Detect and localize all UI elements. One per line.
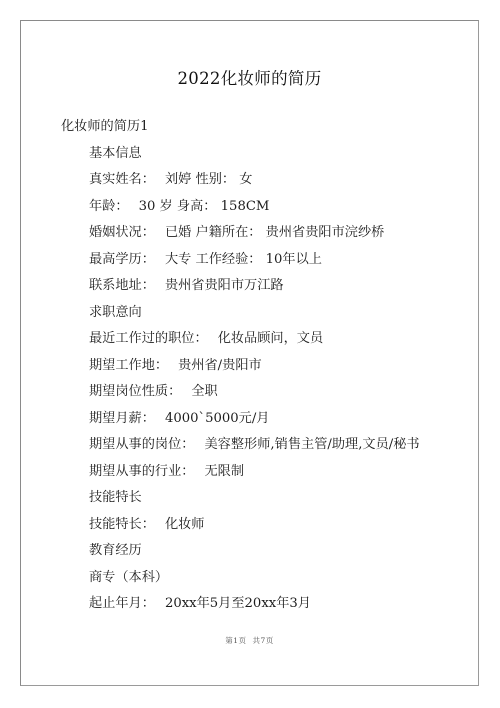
section-heading-skills: 技能特长 [89,488,142,508]
line-value: 30 岁 身高： 158CM [139,199,270,214]
line-label: 期望从事的岗位： [89,437,195,452]
line-label: 婚姻状况： [89,225,155,240]
line-label: 期望从事的行业： [89,464,195,479]
field-age-height: 年龄：30 岁 身高： 158CM [89,197,269,217]
line-label: 起止年月： [89,596,155,611]
line-label: 商专（本科） [89,570,168,585]
field-desired-salary: 期望月薪：4000`5000元/月 [89,409,269,429]
field-education-experience: 最高学历：大专 工作经验： 10年以上 [89,250,322,270]
line-value: 贵州省/贵阳市 [178,358,262,373]
line-label: 年龄： [89,199,129,214]
line-value: 无限制 [205,464,245,479]
field-skills: 技能特长：化妆师 [89,515,205,535]
field-desired-location: 期望工作地：贵州省/贵阳市 [89,356,262,376]
total-pages-label: 共7页 [253,636,274,645]
field-desired-positions: 期望从事的岗位：美容整形师,销售主管/助理,文员/秘书 [89,435,420,455]
field-name-gender: 真实姓名：刘婷 性别： 女 [89,170,252,190]
line-value: 化妆师 [165,517,205,532]
line-value: 化妆品顾问，文员 [218,331,324,346]
line-label: 联系地址： [89,278,155,293]
line-value: 全职 [191,384,217,399]
line-label: 技能特长 [89,490,142,505]
line-label: 真实姓名： [89,172,155,187]
field-address: 联系地址：贵州省贵阳市万江路 [89,276,284,296]
line-label: 教育经历 [89,543,142,558]
resume-heading: 化妆师的简历1 [61,117,149,137]
line-label: 期望月薪： [89,411,155,426]
document-title: 2022化妆师的简历 [21,65,478,89]
document-page: 2022化妆师的简历 化妆师的简历1 基本信息 真实姓名：刘婷 性别： 女 年龄… [20,20,479,686]
line-value: 贵州省贵阳市万江路 [165,278,284,293]
field-study-period: 起止年月：20xx年5月至20xx年3月 [89,594,311,614]
current-page-label: 第1页 [225,636,246,645]
section-heading-job-intention: 求职意向 [89,303,142,323]
field-desired-industry: 期望从事的行业：无限制 [89,462,244,482]
line-label: 化妆师的简历1 [61,119,149,134]
field-recent-position: 最近工作过的职位：化妆品顾问，文员 [89,329,323,349]
section-heading-basic-info: 基本信息 [89,144,142,164]
line-label: 最近工作过的职位： [89,331,208,346]
line-label: 期望岗位性质： [89,384,181,399]
page-footer: 第1页共7页 [21,635,478,646]
field-marital-hometown: 婚姻状况：已婚 户籍所在： 贵州省贵阳市浣纱桥 [89,223,384,243]
line-label: 求职意向 [89,305,142,320]
line-label: 技能特长： [89,517,155,532]
line-value: 4000`5000元/月 [165,411,270,426]
line-value: 刘婷 性别： 女 [165,172,253,187]
field-job-type: 期望岗位性质：全职 [89,382,218,402]
line-value: 大专 工作经验： 10年以上 [165,252,322,267]
line-value: 20xx年5月至20xx年3月 [165,596,311,611]
line-label: 最高学历： [89,252,155,267]
line-value: 美容整形师,销售主管/助理,文员/秘书 [205,437,420,452]
line-label: 期望工作地： [89,358,168,373]
line-value: 已婚 户籍所在： 贵州省贵阳市浣纱桥 [165,225,384,240]
field-school: 商专（本科） [89,568,168,588]
line-label: 基本信息 [89,146,142,161]
section-heading-education: 教育经历 [89,541,142,561]
